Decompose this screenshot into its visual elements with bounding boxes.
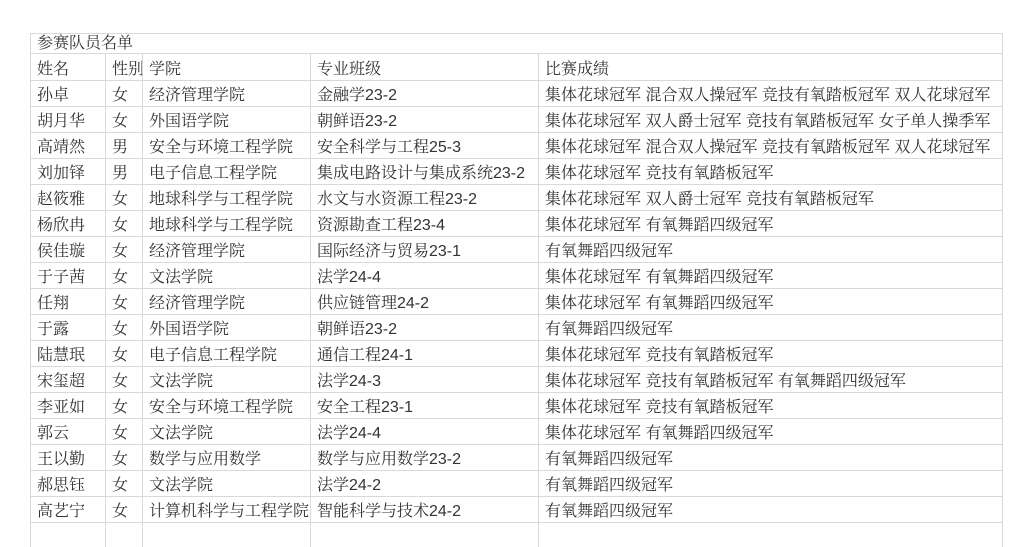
empty-cell — [539, 523, 1003, 547]
cell-major: 金融学23-2 — [311, 81, 539, 107]
cell-college: 地球科学与工程学院 — [143, 211, 311, 237]
cell-major: 朝鲜语23-2 — [311, 315, 539, 341]
cell-major: 数学与应用数学23-2 — [311, 445, 539, 471]
cell-result: 集体花球冠军 有氧舞蹈四级冠军 — [539, 289, 1003, 315]
empty-row — [31, 523, 1003, 547]
table-row: 任翔女经济管理学院供应链管理24-2集体花球冠军 有氧舞蹈四级冠军 — [31, 289, 1003, 315]
table-row: 高靖然男安全与环境工程学院安全科学与工程25-3集体花球冠军 混合双人操冠军 竞… — [31, 133, 1003, 159]
cell-result: 集体花球冠军 竞技有氧踏板冠军 有氧舞蹈四级冠军 — [539, 367, 1003, 393]
cell-result: 集体花球冠军 双人爵士冠军 竞技有氧踏板冠军 — [539, 185, 1003, 211]
cell-college: 外国语学院 — [143, 315, 311, 341]
cell-gender: 男 — [106, 133, 143, 159]
participants-table: 参赛队员名单 姓名 性别 学院 专业班级 比赛成绩 孙卓女经济管理学院金融学23… — [30, 33, 1003, 547]
cell-result: 有氧舞蹈四级冠军 — [539, 497, 1003, 523]
cell-result: 集体花球冠军 有氧舞蹈四级冠军 — [539, 419, 1003, 445]
cell-name: 胡月华 — [31, 107, 106, 133]
cell-result: 集体花球冠军 有氧舞蹈四级冠军 — [539, 263, 1003, 289]
cell-result: 有氧舞蹈四级冠军 — [539, 471, 1003, 497]
cell-gender: 女 — [106, 237, 143, 263]
table-row: 刘加铎男电子信息工程学院集成电路设计与集成系统23-2集体花球冠军 竞技有氧踏板… — [31, 159, 1003, 185]
cell-college: 安全与环境工程学院 — [143, 393, 311, 419]
cell-major: 法学24-3 — [311, 367, 539, 393]
cell-gender: 女 — [106, 367, 143, 393]
cell-result: 集体花球冠军 竞技有氧踏板冠军 — [539, 393, 1003, 419]
cell-gender: 女 — [106, 497, 143, 523]
cell-major: 通信工程24-1 — [311, 341, 539, 367]
cell-gender: 女 — [106, 289, 143, 315]
cell-gender: 女 — [106, 315, 143, 341]
empty-cell — [311, 523, 539, 547]
cell-major: 资源勘查工程23-4 — [311, 211, 539, 237]
cell-name: 郝思钰 — [31, 471, 106, 497]
cell-major: 朝鲜语23-2 — [311, 107, 539, 133]
table-row: 孙卓女经济管理学院金融学23-2集体花球冠军 混合双人操冠军 竞技有氧踏板冠军 … — [31, 81, 1003, 107]
cell-name: 侯佳璇 — [31, 237, 106, 263]
table-row: 郝思钰女文法学院法学24-2有氧舞蹈四级冠军 — [31, 471, 1003, 497]
cell-college: 安全与环境工程学院 — [143, 133, 311, 159]
cell-result: 有氧舞蹈四级冠军 — [539, 315, 1003, 341]
cell-name: 李亚如 — [31, 393, 106, 419]
cell-college: 经济管理学院 — [143, 289, 311, 315]
cell-college: 地球科学与工程学院 — [143, 185, 311, 211]
cell-name: 于露 — [31, 315, 106, 341]
table-row: 高艺宁女计算机科学与工程学院智能科学与技术24-2有氧舞蹈四级冠军 — [31, 497, 1003, 523]
cell-major: 法学24-4 — [311, 419, 539, 445]
table-row: 于子茜女文法学院法学24-4集体花球冠军 有氧舞蹈四级冠军 — [31, 263, 1003, 289]
cell-college: 经济管理学院 — [143, 237, 311, 263]
cell-major: 水文与水资源工程23-2 — [311, 185, 539, 211]
header-result: 比赛成绩 — [539, 54, 1003, 81]
cell-major: 安全工程23-1 — [311, 393, 539, 419]
empty-cell — [106, 523, 143, 547]
table-row: 杨欣冉女地球科学与工程学院资源勘查工程23-4集体花球冠军 有氧舞蹈四级冠军 — [31, 211, 1003, 237]
table-row: 李亚如女安全与环境工程学院安全工程23-1集体花球冠军 竞技有氧踏板冠军 — [31, 393, 1003, 419]
cell-gender: 女 — [106, 419, 143, 445]
table-row: 赵筱雅女地球科学与工程学院水文与水资源工程23-2集体花球冠军 双人爵士冠军 竞… — [31, 185, 1003, 211]
empty-cell — [143, 523, 311, 547]
table-row: 陆慧珉女电子信息工程学院通信工程24-1集体花球冠军 竞技有氧踏板冠军 — [31, 341, 1003, 367]
cell-name: 杨欣冉 — [31, 211, 106, 237]
cell-major: 法学24-2 — [311, 471, 539, 497]
cell-result: 有氧舞蹈四级冠军 — [539, 237, 1003, 263]
cell-result: 有氧舞蹈四级冠军 — [539, 445, 1003, 471]
table-row: 王以勤女数学与应用数学数学与应用数学23-2有氧舞蹈四级冠军 — [31, 445, 1003, 471]
cell-major: 集成电路设计与集成系统23-2 — [311, 159, 539, 185]
header-major: 专业班级 — [311, 54, 539, 81]
cell-college: 文法学院 — [143, 367, 311, 393]
cell-result: 集体花球冠军 混合双人操冠军 竞技有氧踏板冠军 双人花球冠军 — [539, 81, 1003, 107]
cell-gender: 女 — [106, 81, 143, 107]
table-title: 参赛队员名单 — [31, 34, 1003, 54]
cell-major: 智能科学与技术24-2 — [311, 497, 539, 523]
cell-major: 法学24-4 — [311, 263, 539, 289]
cell-gender: 女 — [106, 445, 143, 471]
cell-name: 赵筱雅 — [31, 185, 106, 211]
table-row: 宋玺超女文法学院法学24-3集体花球冠军 竞技有氧踏板冠军 有氧舞蹈四级冠军 — [31, 367, 1003, 393]
cell-college: 外国语学院 — [143, 107, 311, 133]
cell-college: 文法学院 — [143, 263, 311, 289]
table-title-row: 参赛队员名单 — [31, 34, 1003, 54]
cell-result: 集体花球冠军 混合双人操冠军 竞技有氧踏板冠军 双人花球冠军 — [539, 133, 1003, 159]
table-header-row: 姓名 性别 学院 专业班级 比赛成绩 — [31, 54, 1003, 81]
table-row: 胡月华女外国语学院朝鲜语23-2集体花球冠军 双人爵士冠军 竞技有氧踏板冠军 女… — [31, 107, 1003, 133]
cell-major: 国际经济与贸易23-1 — [311, 237, 539, 263]
cell-college: 计算机科学与工程学院 — [143, 497, 311, 523]
cell-college: 数学与应用数学 — [143, 445, 311, 471]
empty-cell — [31, 523, 106, 547]
table-row: 侯佳璇女经济管理学院国际经济与贸易23-1有氧舞蹈四级冠军 — [31, 237, 1003, 263]
cell-name: 高靖然 — [31, 133, 106, 159]
cell-gender: 女 — [106, 185, 143, 211]
cell-college: 文法学院 — [143, 471, 311, 497]
cell-gender: 女 — [106, 107, 143, 133]
cell-name: 高艺宁 — [31, 497, 106, 523]
spreadsheet-page: 参赛队员名单 姓名 性别 学院 专业班级 比赛成绩 孙卓女经济管理学院金融学23… — [0, 0, 1034, 547]
header-gender: 性别 — [106, 54, 143, 81]
cell-gender: 女 — [106, 341, 143, 367]
cell-college: 经济管理学院 — [143, 81, 311, 107]
cell-major: 安全科学与工程25-3 — [311, 133, 539, 159]
cell-name: 陆慧珉 — [31, 341, 106, 367]
cell-major: 供应链管理24-2 — [311, 289, 539, 315]
cell-name: 宋玺超 — [31, 367, 106, 393]
table-row: 于露女外国语学院朝鲜语23-2有氧舞蹈四级冠军 — [31, 315, 1003, 341]
cell-college: 电子信息工程学院 — [143, 159, 311, 185]
table-body: 孙卓女经济管理学院金融学23-2集体花球冠军 混合双人操冠军 竞技有氧踏板冠军 … — [31, 81, 1003, 523]
cell-name: 刘加铎 — [31, 159, 106, 185]
cell-gender: 男 — [106, 159, 143, 185]
cell-gender: 女 — [106, 263, 143, 289]
cell-college: 文法学院 — [143, 419, 311, 445]
cell-result: 集体花球冠军 竞技有氧踏板冠军 — [539, 341, 1003, 367]
cell-name: 郭云 — [31, 419, 106, 445]
cell-result: 集体花球冠军 有氧舞蹈四级冠军 — [539, 211, 1003, 237]
cell-name: 孙卓 — [31, 81, 106, 107]
cell-name: 于子茜 — [31, 263, 106, 289]
cell-name: 任翔 — [31, 289, 106, 315]
cell-gender: 女 — [106, 471, 143, 497]
cell-result: 集体花球冠军 竞技有氧踏板冠军 — [539, 159, 1003, 185]
header-name: 姓名 — [31, 54, 106, 81]
header-college: 学院 — [143, 54, 311, 81]
cell-college: 电子信息工程学院 — [143, 341, 311, 367]
cell-result: 集体花球冠军 双人爵士冠军 竞技有氧踏板冠军 女子单人操季军 — [539, 107, 1003, 133]
cell-name: 王以勤 — [31, 445, 106, 471]
table-row: 郭云女文法学院法学24-4集体花球冠军 有氧舞蹈四级冠军 — [31, 419, 1003, 445]
cell-gender: 女 — [106, 393, 143, 419]
cell-gender: 女 — [106, 211, 143, 237]
